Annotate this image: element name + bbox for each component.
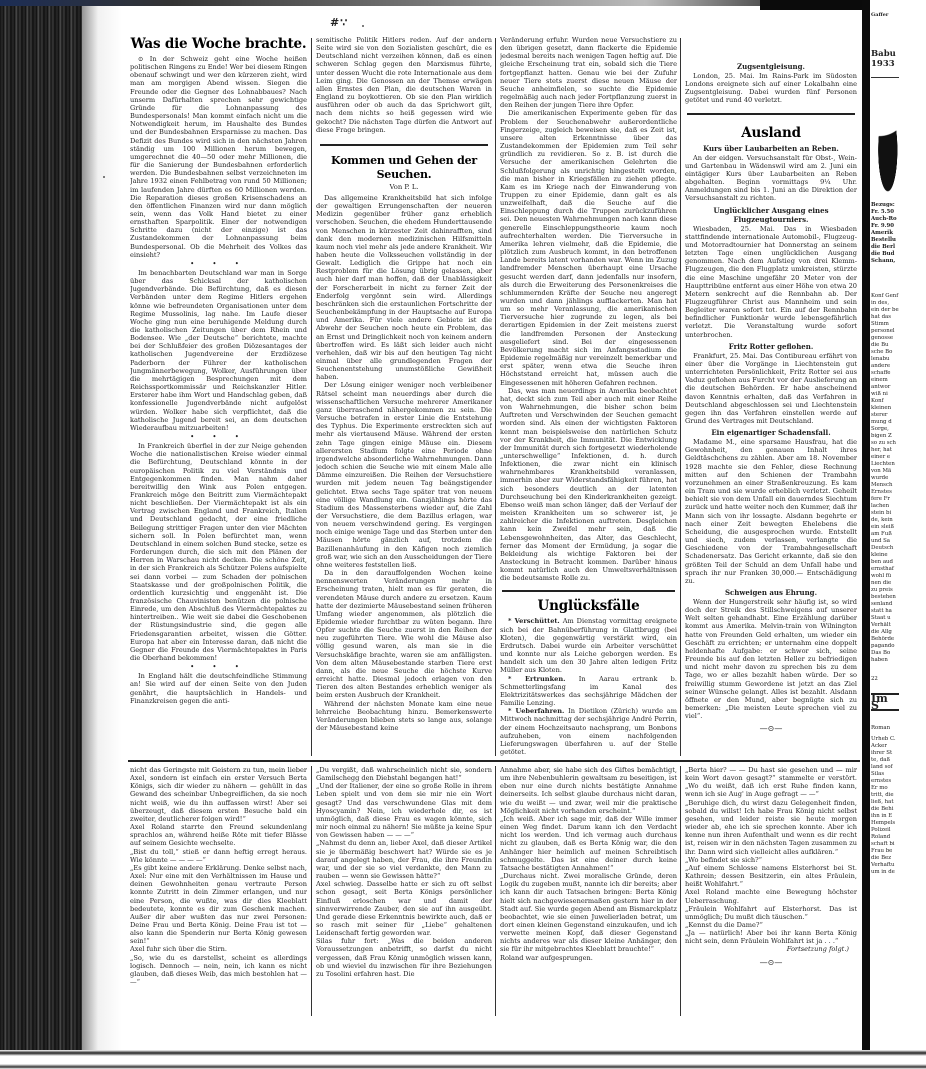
novel-text: „Du vergißt, daß wahrscheinlich nicht si…: [316, 766, 492, 978]
news-item: * Verschüttet. Am Dienstag vormittag ere…: [500, 617, 677, 674]
page-gutter: [862, 0, 870, 1050]
adjacent-roman-label: Roman: [871, 725, 899, 732]
column-rule: [495, 38, 496, 756]
section-separator: • • •: [130, 663, 307, 671]
column-rule: [311, 766, 312, 1016]
adjacent-roman-text: Urheb C. Acker ihrer St te, daß land sof…: [871, 736, 899, 876]
continued-notice: Fortsetzung folgt.): [685, 945, 857, 953]
news-title: Kurs über Laubarbeiten an Reben.: [685, 144, 857, 153]
column-rule: [495, 766, 496, 1016]
novel-text: Annahme aber, sie habe sich des Giftes b…: [500, 766, 677, 962]
feuilleton-divider: [128, 760, 860, 762]
adjacent-heading-line-2: 1933: [871, 59, 899, 69]
end-mark: —⊙—: [685, 724, 857, 734]
article-divider: [502, 590, 675, 592]
column-1: Was die Woche brachte. ⊙ In der Schweiz …: [130, 36, 307, 756]
book-binding-edge: [0, 0, 82, 1069]
top-scan-edge-dark: [760, 0, 870, 10]
article-paragraph: In Frankreich überfiel in der zur Neige …: [130, 442, 307, 662]
news-item-text: London, 25. Mai. Im Rains-Park im Südost…: [685, 72, 857, 105]
adjacent-column-text: Konf Genf in des, ein der be hat das Sti…: [871, 293, 899, 664]
news-title: Fritz Rotter geflohen.: [685, 342, 857, 351]
news-item: * Ertrunken. In Aarau ertrank b. Schmett…: [500, 675, 677, 708]
news-item-text: Wenn der Hungerstreik sehr häufig ist, s…: [685, 598, 857, 720]
news-title: Ein eigenartiger Schadensfall.: [685, 428, 857, 437]
novel-text: „Berta hier? — — Du hast sie gesehen und…: [685, 766, 857, 945]
article-divider: [320, 144, 488, 146]
section-separator: • • •: [130, 260, 307, 268]
column-2: semitische Politik Hitlers reden. Auf de…: [316, 36, 492, 756]
adjacent-heading: Babu 1933: [871, 49, 899, 69]
column-3: Veränderung erfuhr. Wurden neue Versuchs…: [500, 36, 677, 756]
article-paragraph: ⊙ In der Schweiz geht eine Woche heißen …: [130, 55, 307, 259]
section-separator: • • •: [130, 433, 307, 441]
novel-column-4: „Berta hier? — — Du hast sie gesehen und…: [685, 766, 857, 1046]
article-title-seuchen: Kommen und Gehen der Seuchen.: [316, 154, 492, 182]
article-paragraph: Da in den darauffolgenden Wochen keine n…: [316, 569, 492, 700]
adjacent-small-text: Bezugs: Fr. 5.50 Auch-Ro Fr. 9.90 Amerik…: [871, 202, 899, 265]
news-title-zugsentgleisung: Zugsentgleisung.: [685, 62, 857, 71]
adjacent-page-strip: Gaffer Babu 1933 Bezugs: Fr. 5.50 Auch-R…: [871, 10, 899, 1050]
column-rule: [311, 38, 312, 756]
news-item-text: Wiesbaden, 25. Mai. Das in Wiesbaden sta…: [685, 225, 857, 339]
adjacent-page-number: 22: [871, 676, 899, 683]
news-item-lead: * Ueberfahren.: [508, 707, 564, 715]
article-paragraph: Die amerikanischen Experimente geben für…: [500, 109, 677, 386]
article-paragraph: Der Lösung einiger weniger noch verbleib…: [316, 381, 492, 569]
news-item-text: Madame M., eine sparsame Hausfrau, hat d…: [685, 438, 857, 585]
adjacent-im-heading: Im S: [871, 693, 899, 711]
news-item-lead: * Verschüttet.: [508, 617, 560, 625]
archive-stamp-mark: #∵: [330, 16, 348, 29]
news-title: Unglücklicher Ausgang eines Flugzeugtour…: [685, 206, 857, 224]
article-divider: [687, 113, 855, 115]
scan-speck: [362, 25, 364, 27]
novel-column-2: „Du vergißt, daß wahrscheinlich nicht si…: [316, 766, 492, 1046]
adjacent-heading-line-1: Babu: [871, 49, 899, 59]
section-title-ausland: Ausland: [685, 125, 857, 141]
scan-speck: [103, 176, 105, 178]
article-byline: Von P. L.: [316, 183, 492, 192]
news-item-text: In Dietikon (Zürich) wurde am Mittwoch n…: [500, 707, 677, 756]
article-paragraph: semitische Politik Hitlers reden. Auf de…: [316, 36, 492, 134]
novel-column-1: nicht das Geringste mit Geistern zu tun,…: [130, 766, 307, 1046]
column-rule: [680, 766, 681, 1016]
article-paragraph: Veränderung erfuhr. Wurden neue Versuchs…: [500, 36, 677, 109]
binding-shadow: [82, 0, 122, 1069]
section-title-ungluecksfaelle: Unglücksfälle: [500, 598, 677, 614]
news-item-lead: * Ertrunken.: [508, 675, 565, 683]
news-item: * Ueberfahren. In Dietikon (Zürich) wurd…: [500, 707, 677, 756]
column-rule: [680, 38, 681, 756]
article-title-woche: Was die Woche brachte.: [130, 36, 307, 52]
novel-column-3: Annahme aber, sie habe sich des Giftes b…: [500, 766, 677, 1046]
news-title: Schweigen aus Ehrung.: [685, 588, 857, 597]
bottom-scan-edge: [0, 1050, 926, 1069]
article-paragraph: Im benachbarten Deutschland war man in S…: [130, 269, 307, 432]
article-paragraph: Während der nächsten Monate kam eine neu…: [316, 700, 492, 733]
news-item-text: Am Dienstag vormittag ereignete sich bei…: [500, 617, 677, 674]
news-item-text: Frankfurt, 25. Mai. Das Contibureau erfä…: [685, 352, 857, 425]
article-paragraph: Das allgemeine Krankheitsbild hat sich i…: [316, 194, 492, 382]
top-scan-edge: [0, 0, 860, 6]
article-paragraph: Das, was man neuerdings in Amerika beoba…: [500, 387, 677, 583]
end-mark: —⊙—: [685, 958, 857, 968]
column-4: Zugsentgleisung. London, 25. Mai. Im Rai…: [685, 36, 857, 756]
adjacent-label: Gaffer: [871, 12, 899, 19]
novel-text: nicht das Geringste mit Geistern zu tun,…: [130, 766, 307, 986]
news-item-text: An der eidgen. Versuchsanstalt für Obst-…: [685, 154, 857, 203]
article-paragraph: In England hält die deutschfeindliche St…: [130, 672, 307, 705]
postal-stamp-image: [871, 77, 899, 198]
